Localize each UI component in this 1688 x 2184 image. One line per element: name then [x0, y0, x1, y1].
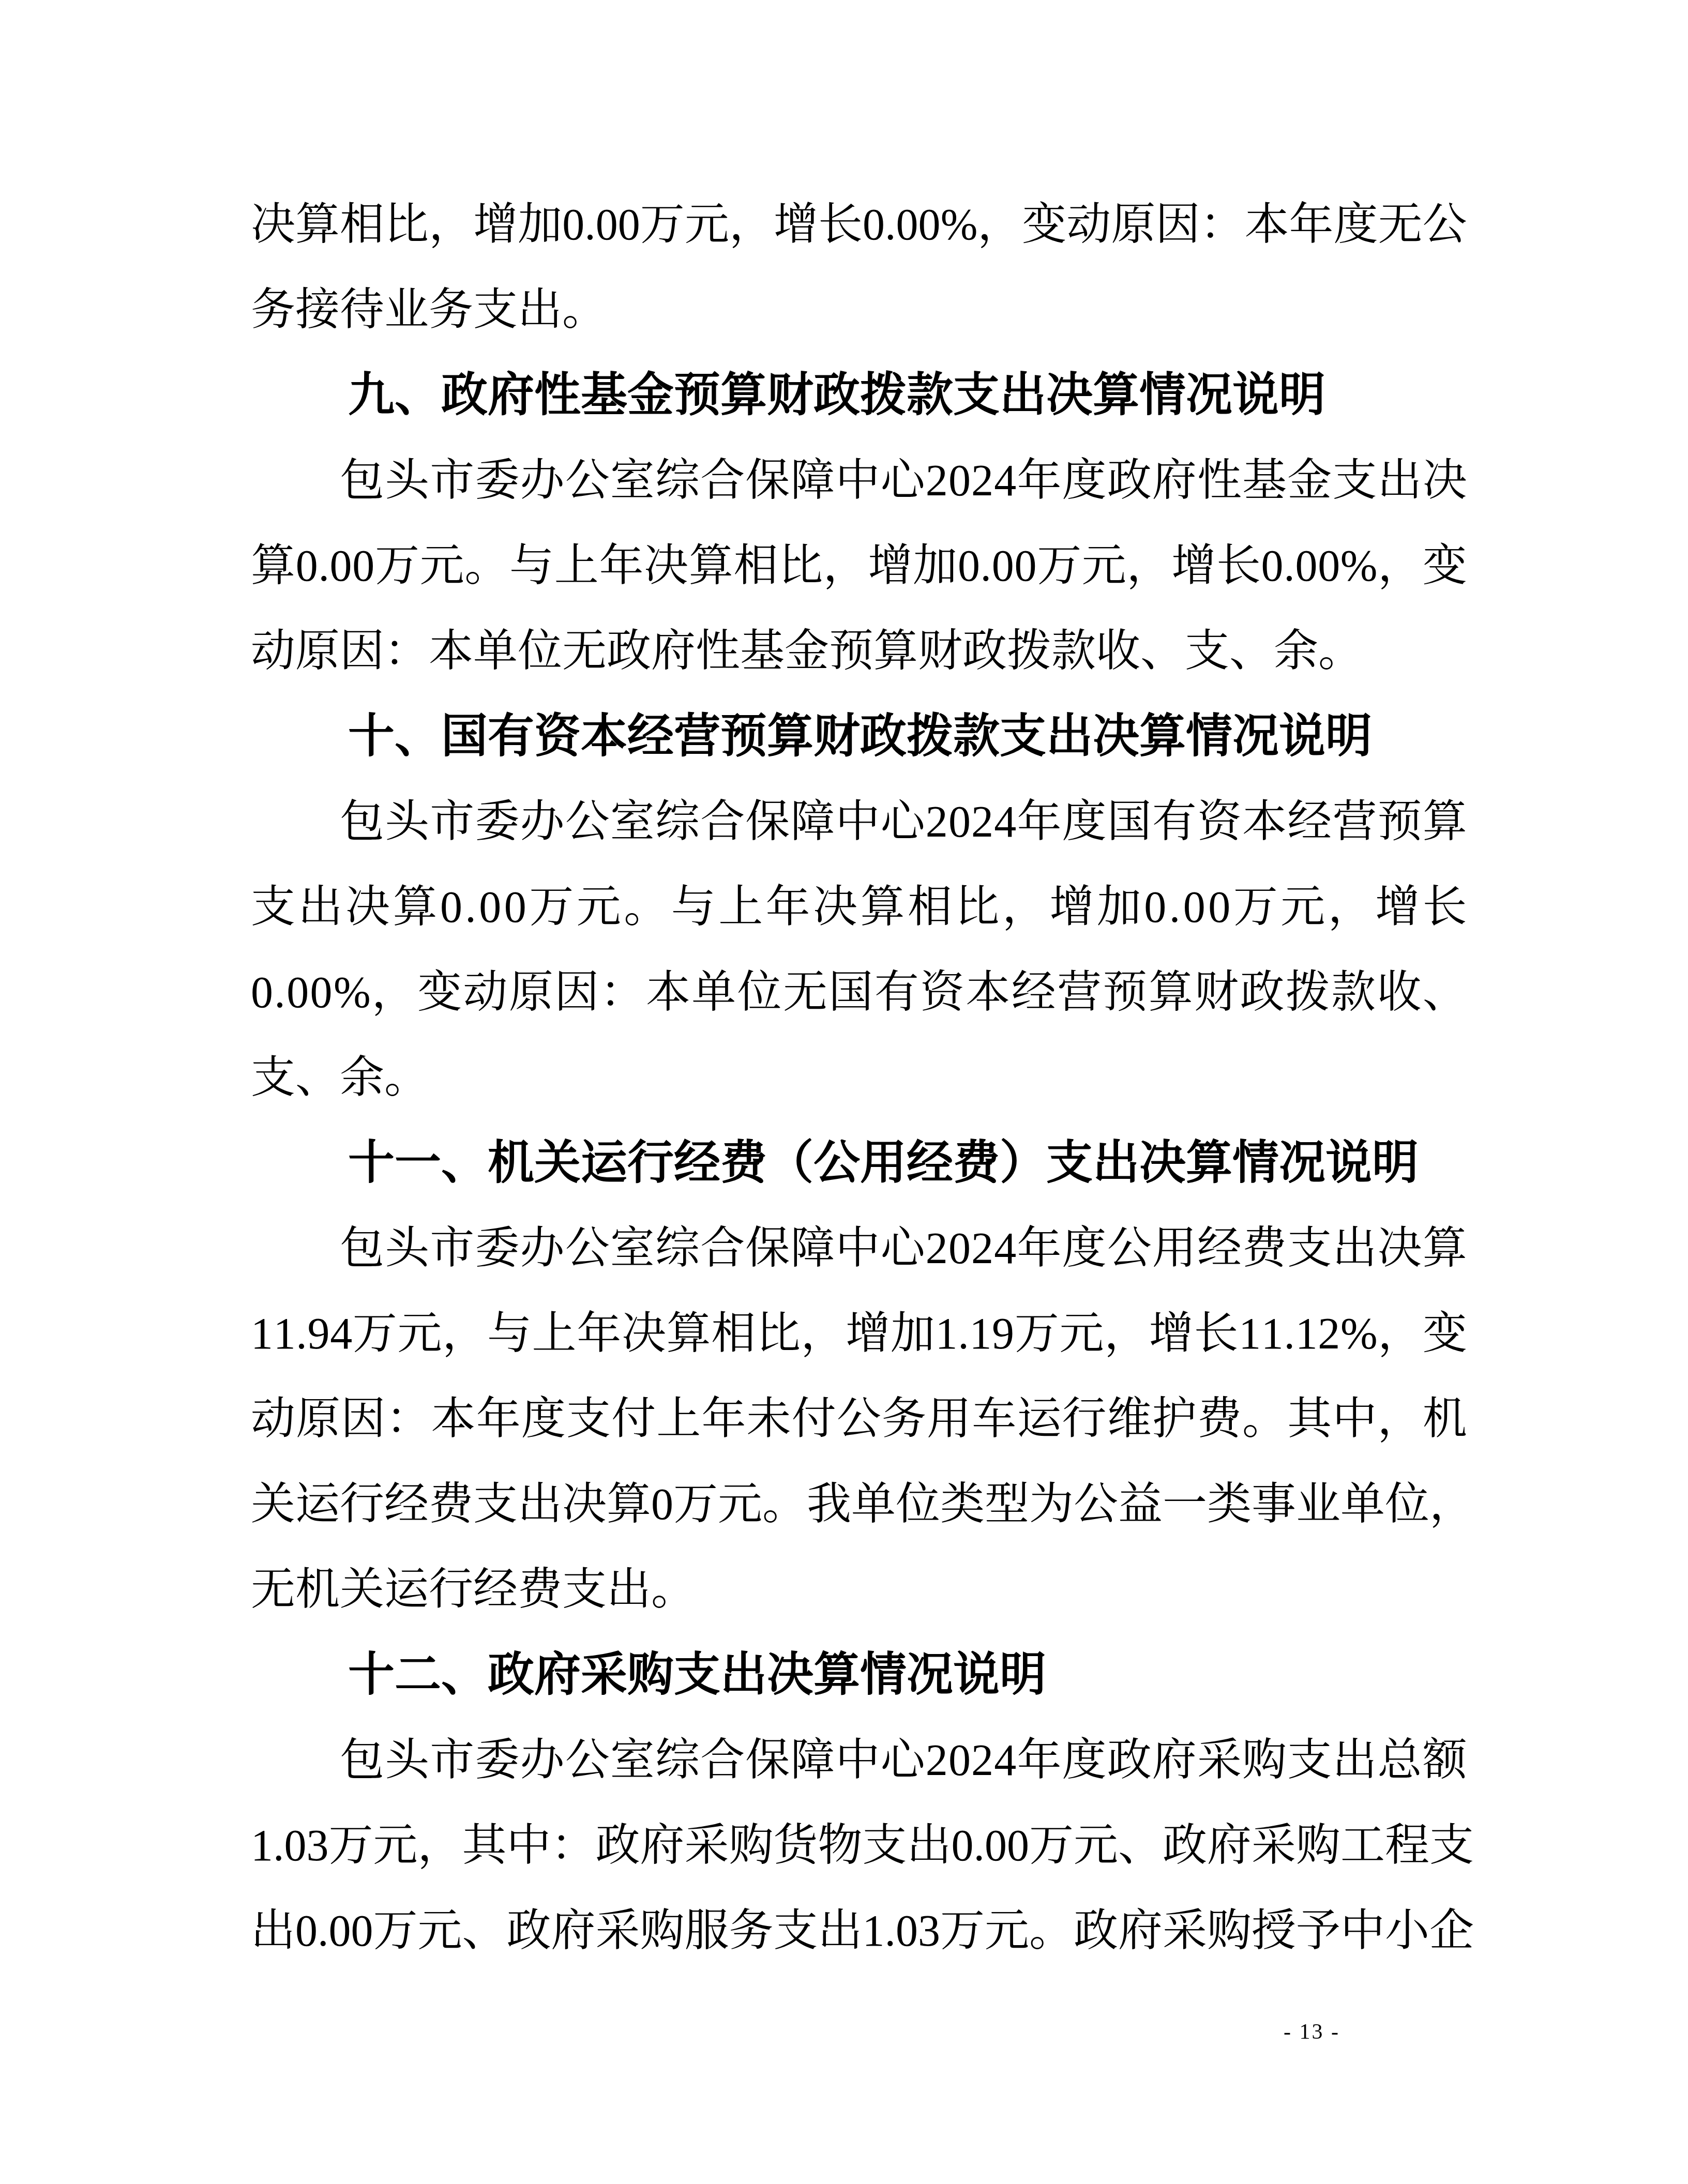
- body-line: 包头市委办公室综合保障中心2024年度公用经费支出决算: [251, 1206, 1467, 1291]
- body-line: 1.03万元，其中：政府采购货物支出0.00万元、政府采购工程支: [251, 1803, 1467, 1888]
- body-line: 包头市委办公室综合保障中心2024年度国有资本经营预算: [251, 779, 1467, 865]
- body-line: 动原因：本单位无政府性基金预算财政拨款收、支、余。: [251, 609, 1467, 694]
- heading-section-11: 十一、机关运行经费（公用经费）支出决算情况说明: [251, 1120, 1467, 1206]
- page-number: - 13 -: [1284, 2015, 1340, 2049]
- body-line: 无机关运行经费支出。: [251, 1547, 1467, 1632]
- body-line: 出0.00万元、政府采购服务支出1.03万元。政府采购授予中小企: [251, 1888, 1467, 1974]
- heading-section-10: 十、国有资本经营预算财政拨款支出决算情况说明: [251, 694, 1467, 779]
- body-line: 11.94万元，与上年决算相比，增加1.19万元，增长11.12%，变: [251, 1291, 1467, 1376]
- body-line: 支、余。: [251, 1035, 1467, 1120]
- document-body: 决算相比，增加0.00万元，增长0.00%，变动原因：本年度无公 务接待业务支出…: [251, 182, 1467, 1974]
- body-line: 包头市委办公室综合保障中心2024年度政府采购支出总额: [251, 1718, 1467, 1803]
- body-line: 包头市委办公室综合保障中心2024年度政府性基金支出决: [251, 438, 1467, 523]
- document-page: 决算相比，增加0.00万元，增长0.00%，变动原因：本年度无公 务接待业务支出…: [0, 0, 1688, 2184]
- body-line: 务接待业务支出。: [251, 267, 1467, 353]
- body-line: 动原因：本年度支付上年未付公务用车运行维护费。其中，机: [251, 1376, 1467, 1462]
- body-line: 关运行经费支出决算0万元。我单位类型为公益一类事业单位，: [251, 1462, 1467, 1547]
- body-line: 0.00%，变动原因：本单位无国有资本经营预算财政拨款收、: [251, 950, 1467, 1035]
- body-line: 决算相比，增加0.00万元，增长0.00%，变动原因：本年度无公: [251, 182, 1467, 267]
- heading-section-9: 九、政府性基金预算财政拨款支出决算情况说明: [251, 353, 1467, 438]
- heading-section-12: 十二、政府采购支出决算情况说明: [251, 1632, 1467, 1718]
- body-line: 支出决算0.00万元。与上年决算相比，增加0.00万元，增长: [251, 865, 1467, 950]
- body-line: 算0.00万元。与上年决算相比，增加0.00万元，增长0.00%，变: [251, 523, 1467, 609]
